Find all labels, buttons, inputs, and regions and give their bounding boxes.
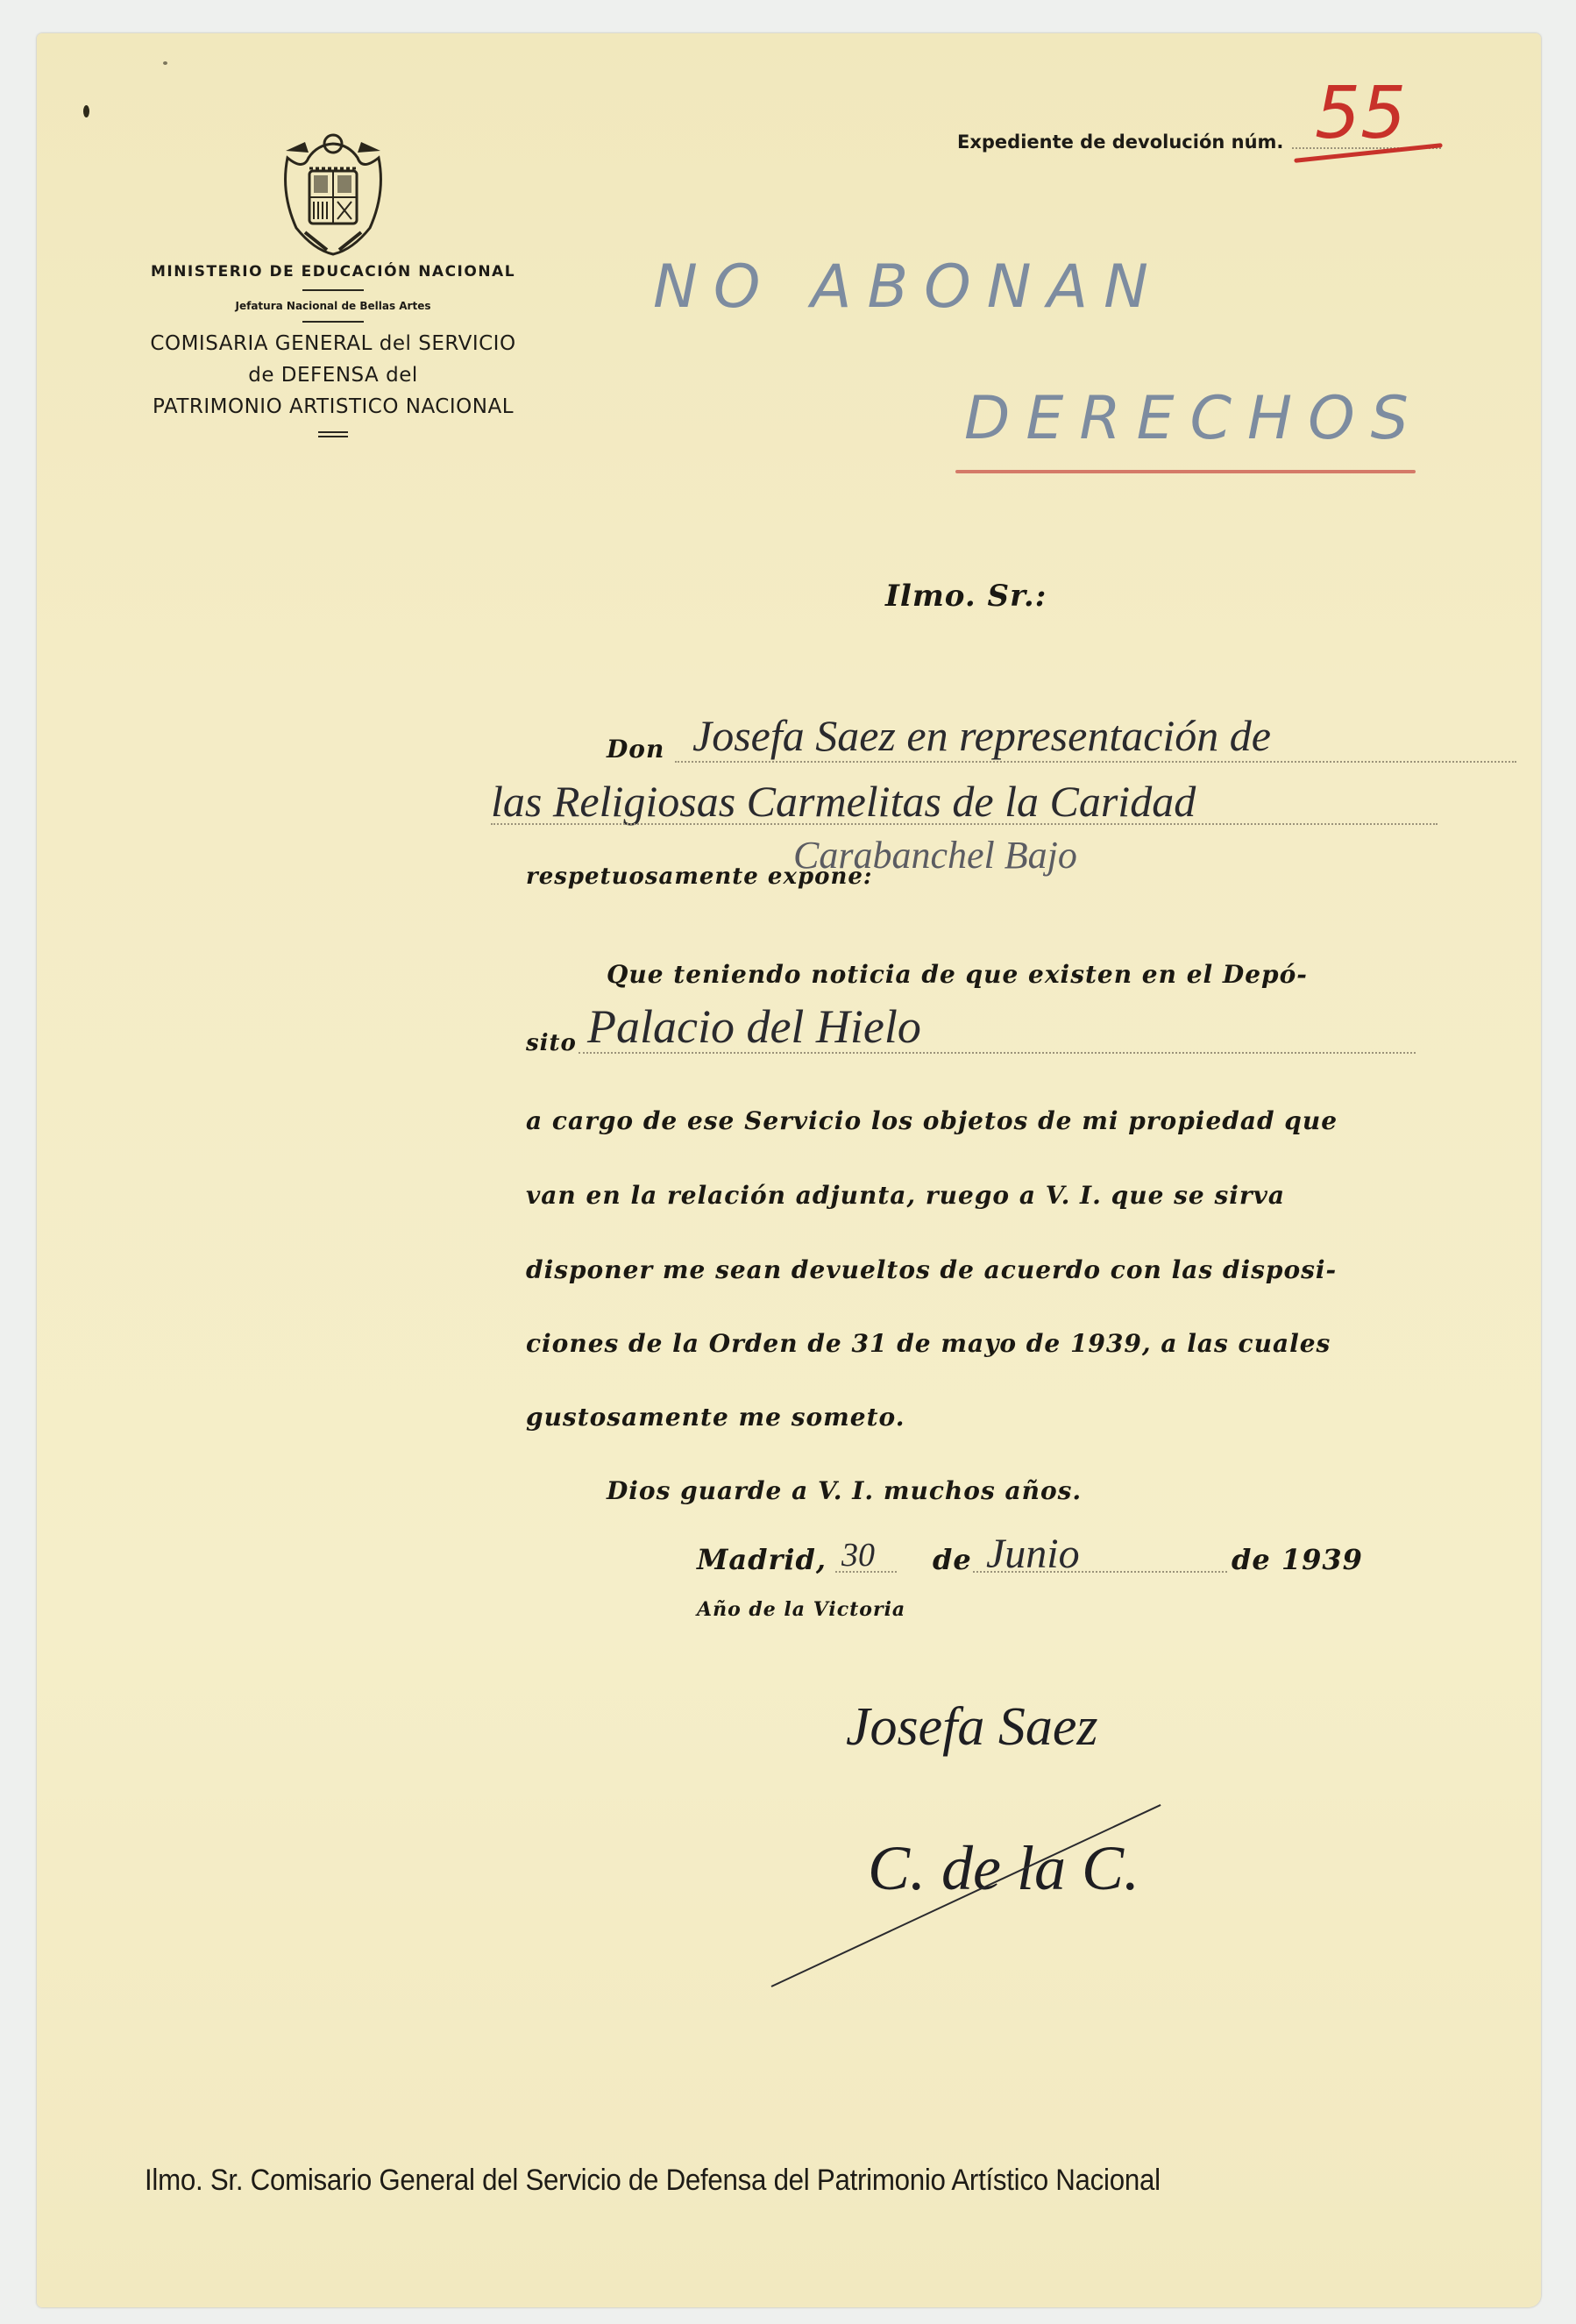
spanish-coat-of-arms-icon — [279, 131, 388, 259]
representation-dotted-line — [491, 821, 1438, 825]
representation-field: las Religiosas Carmelitas de la Caridad — [491, 776, 1196, 827]
deposito-field: Palacio del Hielo — [587, 999, 921, 1054]
don-label: Don — [607, 735, 664, 764]
paragraph-line: Que teniendo noticia de que existen en e… — [607, 960, 1308, 989]
paragraph-line: gustosamente me someto. — [526, 1403, 905, 1432]
pencil-annotation-line-2: DERECHOS — [964, 384, 1424, 453]
day-field: 30 — [841, 1536, 875, 1574]
comisaria-line-1: COMISARIA GENERAL del SERVICIO — [131, 328, 535, 359]
jefatura-name: Jefatura Nacional de Bellas Artes — [131, 300, 535, 312]
expediente-number: 55 — [1315, 72, 1406, 155]
footer-addressee: Ilmo. Sr. Comisario General del Servicio… — [145, 2164, 1161, 2198]
pencil-annotation-line-1: NO ABONAN — [653, 252, 1164, 322]
ink-speck — [83, 105, 89, 117]
salutation: Ilmo. Sr.: — [885, 579, 1047, 614]
closing-line: Dios guarde a V. I. muchos años. — [607, 1476, 1082, 1505]
signature-initials: C. de la C. — [868, 1832, 1139, 1905]
divider — [302, 289, 364, 291]
ministry-name: MINISTERIO DE EDUCACIÓN NACIONAL — [131, 263, 535, 281]
paragraph-line: a cargo de ese Servicio los objetos de m… — [526, 1106, 1338, 1135]
paragraph-line: ciones de la Orden de 31 de mayo de 1939… — [526, 1329, 1331, 1358]
ink-speck — [163, 61, 167, 65]
signature-name: Josefa Saez — [846, 1696, 1098, 1759]
expone-text: respetuosamente expone: — [526, 864, 873, 890]
double-divider — [318, 431, 348, 437]
year-motto: Año de la Victoria — [697, 1598, 905, 1621]
paragraph-line: van en la relación adjunta, ruego a V. I… — [526, 1181, 1285, 1210]
year-label: de 1939 — [1232, 1543, 1363, 1576]
place-label: Madrid, — [697, 1543, 827, 1576]
letterhead: MINISTERIO DE EDUCACIÓN NACIONAL Jefatur… — [131, 263, 535, 437]
de-label: de — [933, 1543, 972, 1576]
deposito-label: sito — [526, 1030, 577, 1056]
month-field: Junio — [986, 1530, 1080, 1578]
comisaria-line-3: PATRIMONIO ARTISTICO NACIONAL — [131, 391, 535, 423]
red-pencil-underline — [955, 470, 1416, 473]
expediente-label: Expediente de devolución núm. — [957, 131, 1283, 153]
comisaria-line-2: de DEFENSA del — [131, 359, 535, 391]
divider — [302, 321, 364, 323]
paragraph-line: disponer me sean devueltos de acuerdo co… — [526, 1255, 1337, 1284]
applicant-name-field: Josefa Saez en representación de — [692, 710, 1271, 761]
